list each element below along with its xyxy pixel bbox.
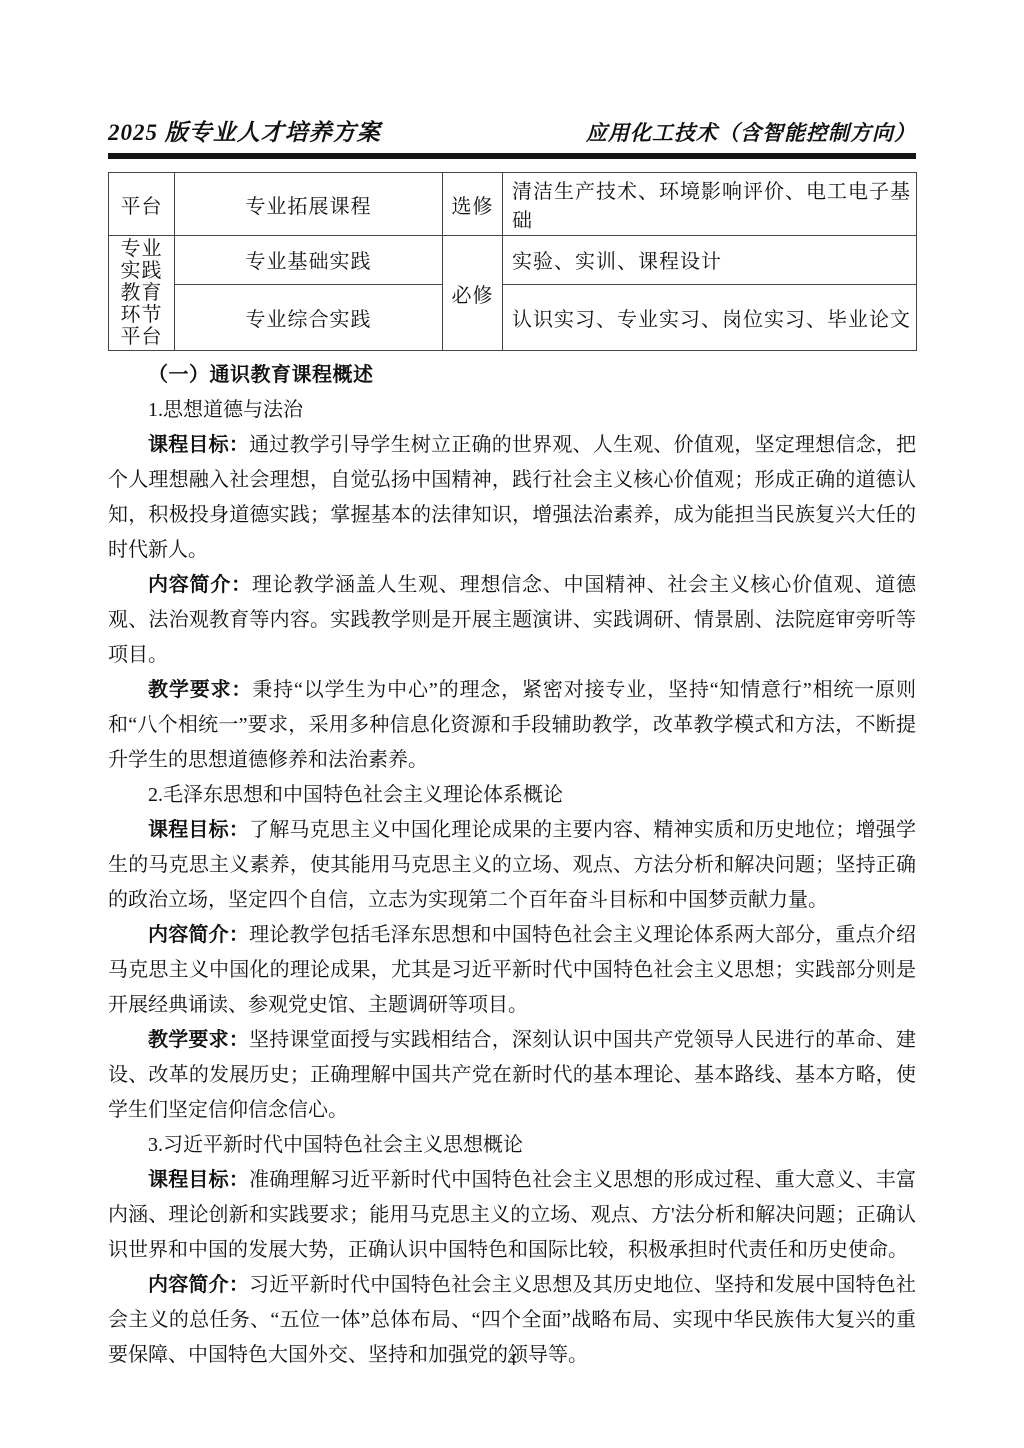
table-cell-detail: 认识实习、专业实习、岗位实习、毕业论文 bbox=[503, 284, 917, 350]
page-number: 4 bbox=[0, 1350, 1024, 1370]
table-cell-platform: 专业实践教育环节平台 bbox=[109, 236, 175, 351]
requirement-label: 教学要求： bbox=[148, 1029, 249, 1051]
table-cell-type: 选修 bbox=[443, 173, 503, 236]
goal-label: 课程目标： bbox=[148, 1169, 249, 1191]
goal-label: 课程目标： bbox=[148, 819, 249, 841]
table-cell-type: 必修 bbox=[443, 236, 503, 351]
table-cell-course: 专业基础实践 bbox=[175, 236, 443, 285]
table-cell-detail: 清洁生产技术、环境影响评价、电工电子基础 bbox=[503, 173, 917, 236]
curriculum-table: 平台 专业拓展课程 选修 清洁生产技术、环境影响评价、电工电子基础 专业实践教育… bbox=[108, 172, 917, 351]
section-heading: （一）通识教育课程概述 bbox=[108, 358, 916, 393]
table-row: 专业实践教育环节平台 专业基础实践 必修 实验、实训、课程设计 bbox=[109, 236, 917, 285]
intro-label: 内容简介： bbox=[148, 574, 252, 596]
intro-label: 内容简介： bbox=[148, 924, 249, 946]
content-column: 2025 版专业人才培养方案 应用化工技术（含智能控制方向） 平台 专业拓展课程… bbox=[108, 0, 916, 1373]
table-row: 专业综合实践 认识实习、专业实习、岗位实习、毕业论文 bbox=[109, 284, 917, 350]
header-right-title: 应用化工技术（含智能控制方向） bbox=[586, 117, 916, 147]
document-page: 2025 版专业人才培养方案 应用化工技术（含智能控制方向） 平台 专业拓展课程… bbox=[0, 0, 1024, 1448]
table-cell-platform: 平台 bbox=[109, 173, 175, 236]
table-cell-course: 专业综合实践 bbox=[175, 284, 443, 350]
course1-requirement-paragraph: 教学要求：秉持“以学生为中心”的理念，紧密对接专业，坚持“知情意行”相统一原则和… bbox=[108, 673, 916, 778]
requirement-label: 教学要求： bbox=[148, 679, 252, 701]
table-row: 平台 专业拓展课程 选修 清洁生产技术、环境影响评价、电工电子基础 bbox=[109, 173, 917, 236]
course2-requirement-paragraph: 教学要求：坚持课堂面授与实践相结合，深刻认识中国共产党领导人民进行的革命、建设、… bbox=[108, 1023, 916, 1128]
course2-intro-paragraph: 内容简介：理论教学包括毛泽东思想和中国特色社会主义理论体系两大部分，重点介绍马克… bbox=[108, 918, 916, 1023]
course-title-1: 1.思想道德与法治 bbox=[108, 393, 916, 428]
header-double-rule bbox=[108, 153, 916, 159]
course-title-2: 2.毛泽东思想和中国特色社会主义理论体系概论 bbox=[108, 778, 916, 813]
goal-label: 课程目标： bbox=[148, 434, 249, 456]
course1-goal-paragraph: 课程目标：通过教学引导学生树立正确的世界观、人生观、价值观，坚定理想信念，把个人… bbox=[108, 428, 916, 568]
document-body: （一）通识教育课程概述 1.思想道德与法治 课程目标：通过教学引导学生树立正确的… bbox=[108, 358, 916, 1373]
table-cell-course: 专业拓展课程 bbox=[175, 173, 443, 236]
header-left-title: 2025 版专业人才培养方案 bbox=[108, 114, 381, 147]
table-cell-detail: 实验、实训、课程设计 bbox=[503, 236, 917, 285]
course1-intro-paragraph: 内容简介：理论教学涵盖人生观、理想信念、中国精神、社会主义核心价值观、道德观、法… bbox=[108, 568, 916, 673]
course3-goal-paragraph: 课程目标：准确理解习近平新时代中国特色社会主义思想的形成过程、重大意义、丰富内涵… bbox=[108, 1163, 916, 1268]
intro-label: 内容简介： bbox=[148, 1274, 249, 1296]
running-header: 2025 版专业人才培养方案 应用化工技术（含智能控制方向） bbox=[108, 114, 916, 153]
course2-goal-paragraph: 课程目标：了解马克思主义中国化理论成果的主要内容、精神实质和历史地位；增强学生的… bbox=[108, 813, 916, 918]
course-title-3: 3.习近平新时代中国特色社会主义思想概论 bbox=[108, 1128, 916, 1163]
